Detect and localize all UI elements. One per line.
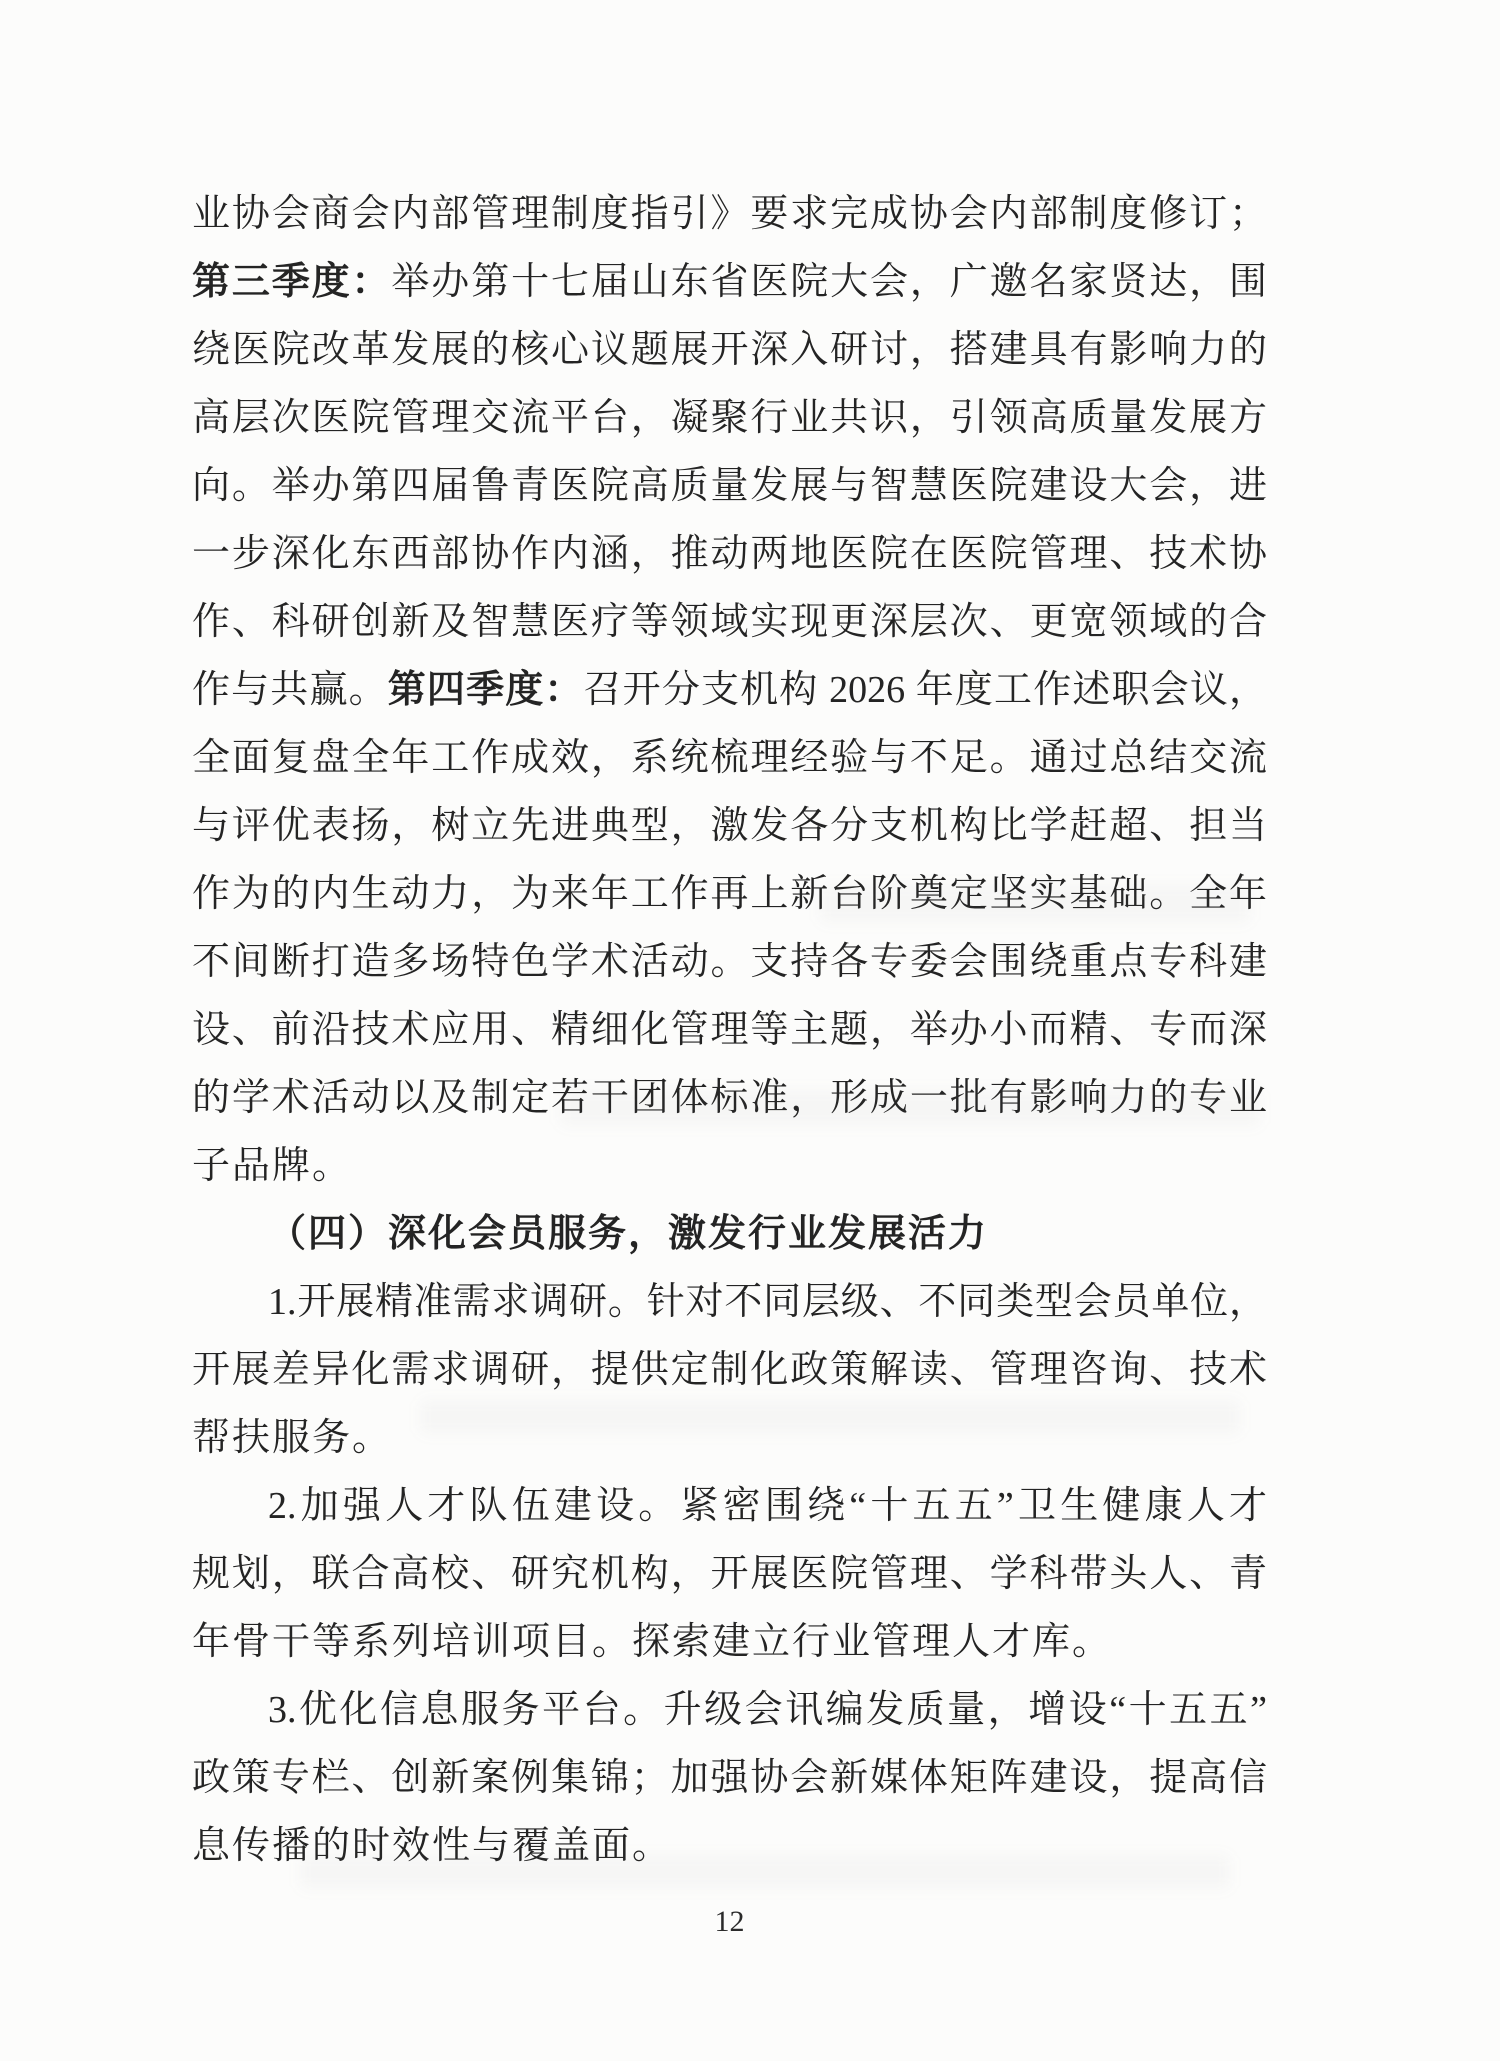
text-segment: 一步深化东西部协作内涵，推动两地医院在医院管理、技术协 (192, 533, 1267, 575)
text-segment: 帮扶服务。 (192, 1417, 392, 1459)
text-line: 的学术活动以及制定若干团体标准，形成一批有影响力的专业 (192, 1064, 1267, 1132)
text-segment: 不间断打造多场特色学术活动。支持各专委会围绕重点专科建 (192, 941, 1267, 983)
text-segment: 规划，联合高校、研究机构，开展医院管理、学科带头人、青 (192, 1553, 1267, 1595)
text-segment: 举办第十七届山东省医院大会，广邀名家贤达，围 (391, 261, 1267, 303)
text-segment: 年骨干等系列培训项目。探索建立行业管理人才库。 (192, 1621, 1112, 1663)
text-segment: 子品牌。 (192, 1145, 352, 1187)
text-line: 全面复盘全年工作成效，系统梳理经验与不足。通过总结交流 (192, 724, 1267, 792)
text-segment: 召开分支机构 2026 年度工作述职会议， (584, 669, 1267, 711)
text-line: 与评优表扬，树立先进典型，激发各分支机构比学赶超、担当 (192, 792, 1267, 860)
text-line: 作为的内生动力，为来年工作再上新台阶奠定坚实基础。全年 (192, 860, 1267, 928)
text-line: 政策专栏、创新案例集锦；加强协会新媒体矩阵建设，提高信 (192, 1744, 1267, 1812)
text-line: 息传播的时效性与覆盖面。 (192, 1812, 1267, 1880)
text-segment: 全面复盘全年工作成效，系统梳理经验与不足。通过总结交流 (192, 737, 1267, 779)
text-line: 作与共赢。第四季度：召开分支机构 2026 年度工作述职会议， (192, 656, 1267, 724)
text-line: 第三季度：举办第十七届山东省医院大会，广邀名家贤达，围 (192, 248, 1267, 316)
document-page: 业协会商会内部管理制度指引》要求完成协会内部制度修订；第三季度：举办第十七届山东… (0, 0, 1500, 2061)
text-segment: 业协会商会内部管理制度指引》要求完成协会内部制度修订； (192, 193, 1267, 235)
text-line: 年骨干等系列培训项目。探索建立行业管理人才库。 (192, 1608, 1267, 1676)
text-line: 不间断打造多场特色学术活动。支持各专委会围绕重点专科建 (192, 928, 1267, 996)
text-line: 开展差异化需求调研，提供定制化政策解读、管理咨询、技术 (192, 1336, 1267, 1404)
text-line: 1.开展精准需求调研。针对不同层级、不同类型会员单位， (192, 1268, 1267, 1336)
text-line: 子品牌。 (192, 1132, 1267, 1200)
text-segment: 作为的内生动力，为来年工作再上新台阶奠定坚实基础。全年 (192, 873, 1267, 915)
text-segment: 与评优表扬，树立先进典型，激发各分支机构比学赶超、担当 (192, 805, 1267, 847)
bold-text-segment: （四）深化会员服务，激发行业发展活力 (268, 1213, 988, 1255)
text-segment: 开展差异化需求调研，提供定制化政策解读、管理咨询、技术 (192, 1349, 1267, 1391)
text-line: 向。举办第四届鲁青医院高质量发展与智慧医院建设大会，进 (192, 452, 1267, 520)
page-number: 12 (192, 1905, 1267, 1939)
text-segment: 2.加强人才队伍建设。紧密围绕“十五五”卫生健康人才 (268, 1485, 1267, 1527)
text-segment: 作、科研创新及智慧医疗等领域实现更深层次、更宽领域的合 (192, 601, 1267, 643)
text-line: 设、前沿技术应用、精细化管理等主题，举办小而精、专而深 (192, 996, 1267, 1064)
bold-text-segment: 第四季度： (388, 669, 584, 711)
text-segment: 3.优化信息服务平台。升级会讯编发质量，增设“十五五” (268, 1689, 1267, 1731)
text-line: 绕医院改革发展的核心议题展开深入研讨，搭建具有影响力的 (192, 316, 1267, 384)
text-segment: 向。举办第四届鲁青医院高质量发展与智慧医院建设大会，进 (192, 465, 1267, 507)
text-line: 业协会商会内部管理制度指引》要求完成协会内部制度修订； (192, 180, 1267, 248)
document-body: 业协会商会内部管理制度指引》要求完成协会内部制度修订；第三季度：举办第十七届山东… (192, 180, 1267, 1880)
text-segment: 的学术活动以及制定若干团体标准，形成一批有影响力的专业 (192, 1077, 1267, 1119)
text-line: 规划，联合高校、研究机构，开展医院管理、学科带头人、青 (192, 1540, 1267, 1608)
text-segment: 作与共赢。 (192, 669, 388, 711)
text-segment: 息传播的时效性与覆盖面。 (192, 1825, 672, 1867)
text-segment: 1.开展精准需求调研。针对不同层级、不同类型会员单位， (268, 1281, 1267, 1323)
text-line: （四）深化会员服务，激发行业发展活力 (192, 1200, 1267, 1268)
text-line: 一步深化东西部协作内涵，推动两地医院在医院管理、技术协 (192, 520, 1267, 588)
text-line: 3.优化信息服务平台。升级会讯编发质量，增设“十五五” (192, 1676, 1267, 1744)
text-line: 2.加强人才队伍建设。紧密围绕“十五五”卫生健康人才 (192, 1472, 1267, 1540)
text-line: 高层次医院管理交流平台，凝聚行业共识，引领高质量发展方 (192, 384, 1267, 452)
text-segment: 设、前沿技术应用、精细化管理等主题，举办小而精、专而深 (192, 1009, 1267, 1051)
text-line: 作、科研创新及智慧医疗等领域实现更深层次、更宽领域的合 (192, 588, 1267, 656)
text-segment: 政策专栏、创新案例集锦；加强协会新媒体矩阵建设，提高信 (192, 1757, 1267, 1799)
text-segment: 绕医院改革发展的核心议题展开深入研讨，搭建具有影响力的 (192, 329, 1267, 371)
text-segment: 高层次医院管理交流平台，凝聚行业共识，引领高质量发展方 (192, 397, 1267, 439)
text-line: 帮扶服务。 (192, 1404, 1267, 1472)
bold-text-segment: 第三季度： (192, 261, 391, 303)
